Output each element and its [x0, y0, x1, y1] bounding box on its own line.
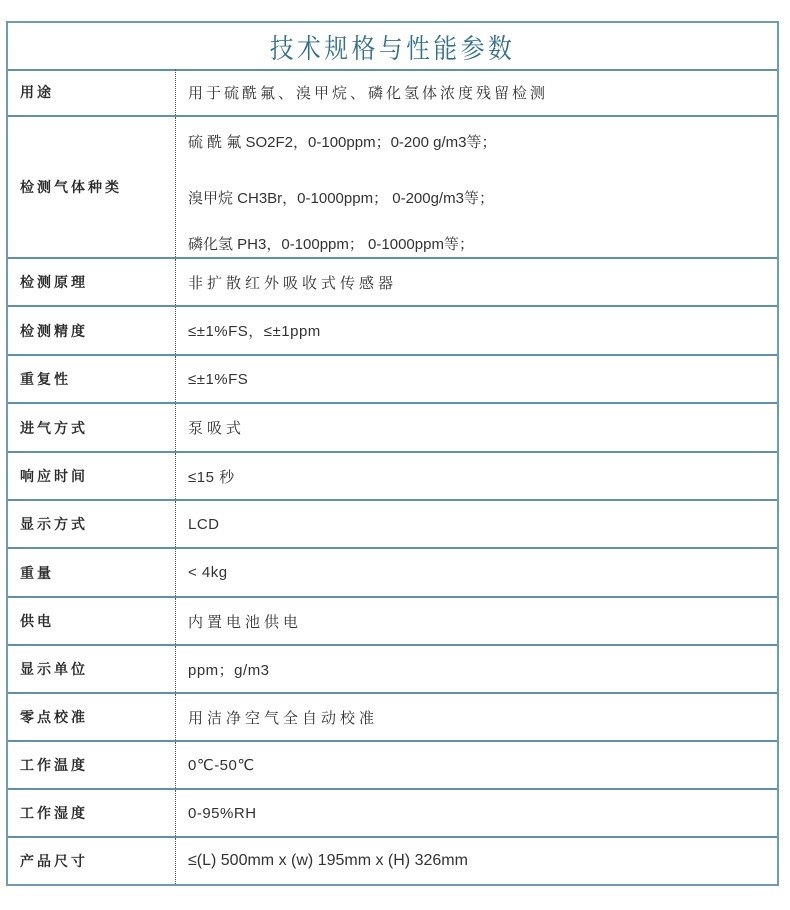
column-divider	[175, 259, 176, 305]
row-label: 零点校准	[20, 694, 88, 740]
row-label: 进气方式	[20, 404, 88, 451]
row-value: 0℃-50℃	[188, 742, 255, 788]
row-label: 重量	[20, 549, 54, 596]
column-divider	[175, 742, 176, 788]
row-value: ≤±1%FS	[188, 356, 248, 402]
title-row: 技术规格与性能参数	[8, 23, 777, 71]
column-divider	[175, 598, 176, 644]
table-row-working-humidity: 工作湿度 0-95%RH	[8, 790, 777, 838]
row-label: 响应时间	[20, 453, 88, 499]
column-divider	[175, 694, 176, 740]
table-row-gas-types: 检测气体种类 硫 酰 氟 SO2F2，0-100ppm；0-200 g/m3等；…	[8, 117, 777, 259]
column-divider	[175, 646, 176, 692]
column-divider	[175, 404, 176, 451]
column-divider	[175, 69, 176, 115]
column-divider	[175, 117, 176, 257]
row-value: 泵吸式	[188, 404, 245, 451]
row-value: LCD	[188, 501, 220, 547]
table-row-display-unit: 显示单位 ppm；g/m3	[8, 646, 777, 694]
table-title: 技术规格与性能参数	[270, 27, 516, 66]
row-value: < 4kg	[188, 549, 228, 596]
table-row-zero-calibration: 零点校准 用洁净空气全自动校准	[8, 694, 777, 742]
row-label: 供电	[20, 598, 54, 644]
table-row-intake: 进气方式 泵吸式	[8, 404, 777, 453]
column-divider	[175, 790, 176, 836]
row-label: 显示单位	[20, 646, 88, 692]
row-value: 非扩散红外吸收式传感器	[188, 259, 397, 305]
column-divider	[175, 838, 176, 884]
column-divider	[175, 549, 176, 596]
table-row-accuracy: 检测精度 ≤±1%FS，≤±1ppm	[8, 307, 777, 356]
column-divider	[175, 356, 176, 402]
row-label: 重复性	[20, 356, 71, 402]
row-label: 检测原理	[20, 259, 88, 305]
row-label: 产品尺寸	[20, 838, 88, 884]
table-row-response-time: 响应时间 ≤15 秒	[8, 453, 777, 501]
gas-type-item: 硫 酰 氟 SO2F2，0-100ppm；0-200 g/m3等；	[188, 131, 496, 152]
row-value: 0-95%RH	[188, 790, 257, 836]
row-label: 用途	[20, 69, 54, 115]
row-value: ppm；g/m3	[188, 646, 270, 692]
row-label: 检测气体种类	[20, 117, 122, 257]
row-value: 内置电池供电	[188, 598, 302, 644]
spec-table: 技术规格与性能参数 用途 用于硫酰氟、溴甲烷、磷化氢体浓度残留检测 检测气体种类…	[6, 21, 779, 886]
column-divider	[175, 307, 176, 354]
row-label: 检测精度	[20, 307, 88, 354]
column-divider	[175, 453, 176, 499]
column-divider	[175, 501, 176, 547]
row-value: 用洁净空气全自动校准	[188, 694, 378, 740]
row-value: ≤±1%FS，≤±1ppm	[188, 307, 321, 354]
row-value: 用于硫酰氟、溴甲烷、磷化氢体浓度残留检测	[188, 69, 548, 115]
table-row-display-mode: 显示方式 LCD	[8, 501, 777, 549]
table-row-usage: 用途 用于硫酰氟、溴甲烷、磷化氢体浓度残留检测	[8, 69, 777, 117]
table-row-working-temperature: 工作温度 0℃-50℃	[8, 742, 777, 790]
row-label: 工作温度	[20, 742, 88, 788]
table-row-principle: 检测原理 非扩散红外吸收式传感器	[8, 259, 777, 307]
table-row-dimensions: 产品尺寸 ≤(L) 500mm x (w) 195mm x (H) 326mm	[8, 838, 777, 884]
row-value: ≤15 秒	[188, 453, 235, 499]
table-row-weight: 重量 < 4kg	[8, 549, 777, 598]
row-value: ≤(L) 500mm x (w) 195mm x (H) 326mm	[188, 838, 468, 884]
table-row-power: 供电 内置电池供电	[8, 598, 777, 646]
row-label: 工作湿度	[20, 790, 88, 836]
gas-type-item: 磷化氢 PH3，0-100ppm； 0-1000ppm等；	[188, 233, 474, 254]
row-label: 显示方式	[20, 501, 88, 547]
gas-type-item: 溴甲烷 CH3Br，0-1000ppm； 0-200g/m3等；	[188, 187, 494, 208]
table-row-repeatability: 重复性 ≤±1%FS	[8, 356, 777, 404]
